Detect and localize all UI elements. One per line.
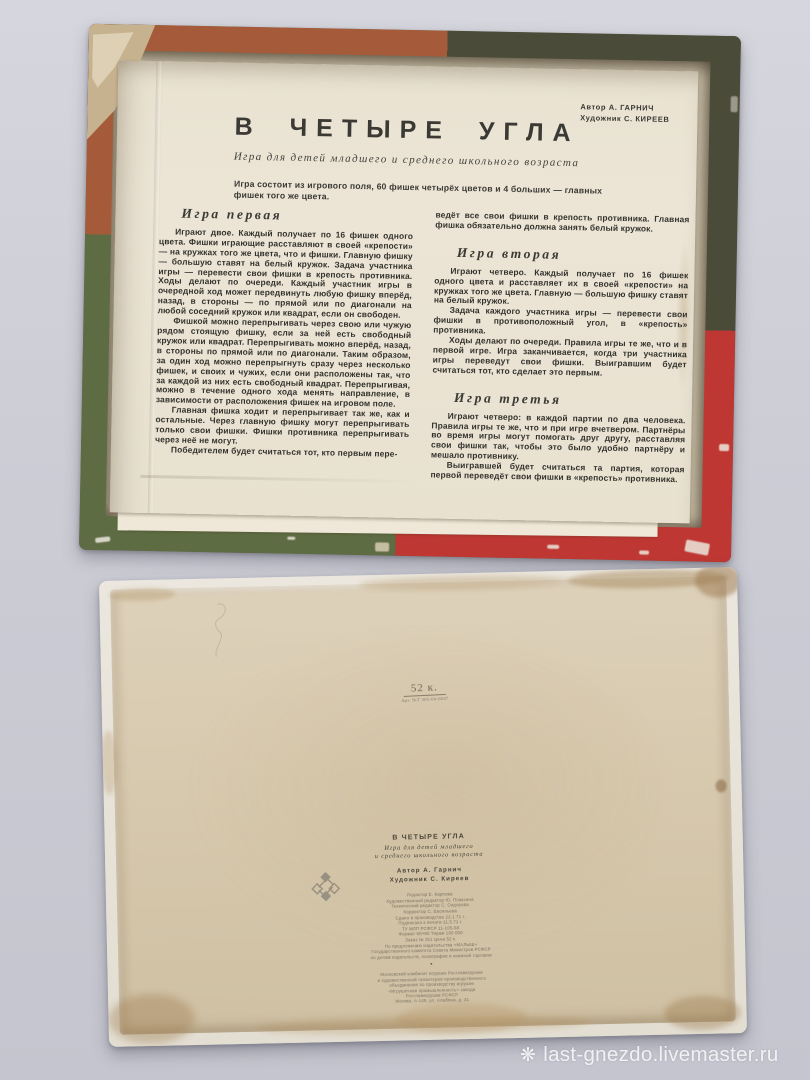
box-lid: Автор А. ГАРНИЧ Художник С. КИРЕЕВ В ЧЕТ… xyxy=(79,24,741,562)
stain xyxy=(108,993,195,1045)
rim-scuff xyxy=(287,537,295,540)
watermark-text: last-gnezdo.livemaster.ru xyxy=(543,1043,778,1067)
colophon: В ЧЕТЫРЕ УГЛА Игра для детей младшего и … xyxy=(274,831,588,1007)
rules-paragraph: Выигравшей будет считаться та партия, ко… xyxy=(430,461,684,486)
rules-columns: Игра первая Играют двое. Каждый получает… xyxy=(154,205,690,519)
rules-paragraph: Играют четверо. Каждый получает по 16 фи… xyxy=(434,266,689,310)
colophon-subtitle: Игра для детей младшего и среднего школь… xyxy=(274,841,584,864)
colophon-publisher: Московский комбинат игрушек Росглавигруш… xyxy=(277,968,588,1007)
price-value: 52 к. xyxy=(403,681,446,697)
rules-paragraph: Играют четверо: в каждой партии по два ч… xyxy=(431,411,686,465)
flower-asterisk-icon: ❋ xyxy=(520,1046,536,1065)
section-heading-game-three: Игра третья xyxy=(454,393,686,407)
box-bottom: 52 к. Арт. №Т 305-04-0047 В ЧЕТЫРЕ УГЛА … xyxy=(99,567,747,1047)
photo-background: Автор А. ГАРНИЧ Художник С. КИРЕЕВ В ЧЕТ… xyxy=(0,0,810,1080)
rim-scuff xyxy=(719,444,729,451)
game-subtitle: Игра для детей младшего и среднего школь… xyxy=(116,148,696,171)
rules-paragraph: Главная фишка ходит и перепрыгивает так … xyxy=(155,405,410,449)
rules-sheet: Автор А. ГАРНИЧ Художник С. КИРЕЕВ В ЧЕТ… xyxy=(110,60,699,523)
stain xyxy=(664,995,741,1031)
rim-scuff xyxy=(639,550,649,554)
watermark: ❋ last-gnezdo.livemaster.ru xyxy=(520,1043,779,1067)
colophon-imprint: Редактор Е. Карпова Художественный редак… xyxy=(275,889,586,963)
pencil-scribble xyxy=(203,600,238,659)
rim-scuff xyxy=(731,96,738,112)
rules-column-1: Игра первая Играют двое. Каждый получает… xyxy=(154,205,414,514)
rules-paragraph-continuation: ведёт все свои фишки в крепость противни… xyxy=(435,210,689,235)
game-intro: Игра состоит из игрового поля, 60 фишек … xyxy=(234,179,622,208)
section-heading-game-two: Игра вторая xyxy=(457,248,689,262)
rim-scuff xyxy=(547,545,559,549)
rules-paragraph: Фишкой можно перепрыгивать через свою ил… xyxy=(156,316,412,410)
colophon-credits: Автор А. Гарнич Художник С. Киреев xyxy=(274,863,584,887)
rules-paragraph: Ходы делают по очереди. Правила игры те … xyxy=(432,336,687,380)
rules-column-2: ведёт все свои фишки в крепость противни… xyxy=(430,210,690,519)
section-heading-game-one: Игра первая xyxy=(181,209,413,223)
rules-paragraph: Играют двое. Каждый получает по 16 фишек… xyxy=(158,227,414,321)
stain xyxy=(715,779,726,792)
rim-scuff xyxy=(375,542,389,551)
